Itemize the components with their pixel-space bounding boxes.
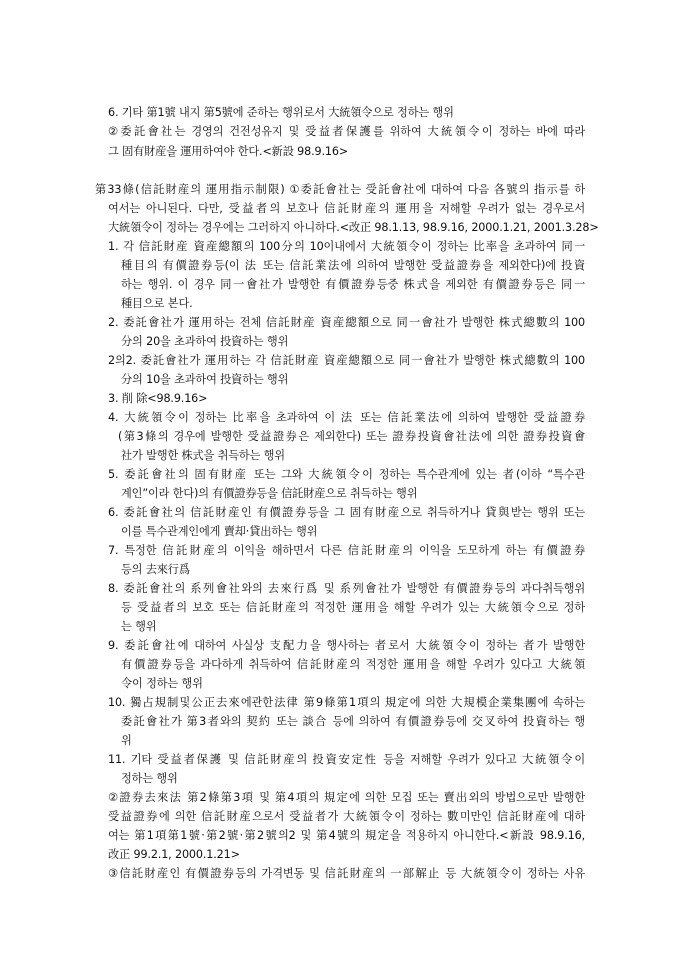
item-1-line-3: 하는 행위. 이 경우 同一會社가 발행한 有價證券등중 株式을 제외한 有價證… bbox=[121, 278, 585, 292]
para-3-line-1: ③信託財産인 有價證券등의 가격변동 및 信託財産의 一部解止 등 大統領令이 … bbox=[108, 867, 585, 881]
item-4-line-2: (第3條의 경우에 발행한 受益證券은 제외한다) 또는 證券投資會社法에 의한… bbox=[118, 430, 585, 444]
item-2-2-line-1: 2의2. 委託會社가 運用하는 각 信託財産 資産總額으로 同一會社가 발행한 … bbox=[108, 354, 585, 368]
item-2-line-1: 2. 委託會社가 運用하는 전체 信託財産 資産總額으로 同一會社가 발행한 株… bbox=[108, 316, 585, 330]
para-2-line-4: 改正 99.2.1, 2000.1.21> bbox=[108, 848, 240, 862]
item-2-2-line-2: 分의 10을 초과하여 投資하는 행위 bbox=[121, 373, 288, 387]
item-5-line-1: 5. 委託會社의 固有財産 또는 그와 大統領令이 정하는 특수관계에 있는 者… bbox=[108, 468, 585, 482]
item-1-line-4: 種目으로 본다. bbox=[121, 297, 193, 311]
item-8-line-3: 는 행위 bbox=[121, 620, 156, 634]
item-3-line-1: 3. 削 除<98.9.16> bbox=[108, 392, 207, 406]
para-2-line-1: ②證券去來法 第2條第3項 및 第4項의 規定에 의한 모집 또는 賣出외의 방… bbox=[108, 791, 585, 805]
item-10-line-1: 10. 獨占規制및公正去來에관한法律 第9條第1項의 規定에 의한 大規模企業集… bbox=[108, 696, 585, 710]
article-33-heading-line-1: 第33條(信託財産의 運用指示制限) ①委託會社는 受託會社에 대하여 다음 各… bbox=[95, 183, 585, 197]
document-page: 6. 기타 第1號 내지 第5號에 준하는 행위로서 大統領令으로 정하는 행위… bbox=[0, 0, 680, 962]
item-9-line-1: 9. 委託會社에 대하여 사실상 支配力을 행사하는 者로서 大統領令이 정하는… bbox=[108, 639, 585, 653]
item-6-line-2b: 이를 특수관계인에게 賣却·貸出하는 행위 bbox=[121, 525, 317, 539]
item-6-line-1b: 6. 委託會社의 信託財産인 有價證券등을 그 固有財産으로 취득하거나 貸與받… bbox=[108, 506, 585, 520]
item-11-line-1: 11. 기타 受益者保護 및 信託財産의 投資安定性 등을 저해할 우려가 있다… bbox=[108, 753, 585, 767]
article-33-heading-line-2: 여서는 아니된다. 다만, 受益者의 보호나 信託財産의 運用을 저해할 우려가… bbox=[108, 202, 585, 216]
item-1-line-1: 1. 각 信託財産 資産總額의 100分의 10이내에서 大統領令이 정하는 比… bbox=[108, 240, 585, 254]
item-10-line-3: 위 bbox=[121, 734, 132, 748]
item-9-line-2: 有價證券등을 과다하게 취득하여 信託財産의 적정한 運用을 해할 우려가 있다… bbox=[121, 658, 585, 672]
item-6-line-1: 6. 기타 第1號 내지 第5號에 준하는 행위로서 大統領令으로 정하는 행위 bbox=[108, 106, 454, 120]
para-2-line-2: 受益證券에 의한 信託財産으로서 受益者가 大統領令이 정하는 數미만인 信託財… bbox=[108, 810, 585, 824]
item-2-line-2: 分의 20을 초과하여 投資하는 행위 bbox=[121, 335, 288, 349]
para-2-line-3: 여는 第1項第1號·第2號·第2號의2 및 第4號의 規定을 적용하지 아니한다… bbox=[108, 829, 585, 843]
item-4-line-1: 4. 大統領令이 정하는 比率을 초과하여 이 法 또는 信託業法에 의하여 발… bbox=[108, 411, 585, 425]
preceding-para-2-line-2: 그 固有財産을 運用하여야 한다.<新設 98.9.16> bbox=[108, 145, 348, 159]
item-7-line-2: 등의 去來行爲 bbox=[121, 563, 190, 577]
item-1-line-2: 種目의 有價證券등(이 法 또는 信託業法에 의하여 발행한 受益證券을 제외한… bbox=[121, 259, 585, 273]
item-10-line-2: 委託會社가 第3者와의 契約 또는 談合 등에 의하여 有價證券등에 交叉하여 … bbox=[121, 715, 585, 729]
item-5-line-2: 계인”이라 한다)의 有價證券등을 信託財産으로 취득하는 행위 bbox=[121, 487, 417, 501]
preceding-para-2-line-1: ②委託會社는 경영의 건전성유지 및 受益者保護를 위하여 大統領令이 정하는 … bbox=[108, 125, 585, 139]
article-33-heading-line-3: 大統領令이 정하는 경우에는 그러하지 아니하다.<改正 98.1.13, 98… bbox=[108, 221, 585, 235]
item-8-line-2: 등 受益者의 보호 또는 信託財産의 적정한 運用을 해할 우려가 있는 大統領… bbox=[121, 601, 585, 615]
item-7-line-1: 7. 특정한 信託財産의 이익을 해하면서 다른 信託財産의 이익을 도모하게 … bbox=[108, 544, 585, 558]
item-11-line-2: 정하는 행위 bbox=[121, 772, 178, 786]
item-9-line-3: 令이 정하는 행위 bbox=[121, 677, 203, 691]
item-4-line-3: 社가 발행한 株式을 취득하는 행위 bbox=[121, 449, 285, 463]
item-8-line-1: 8. 委託會社의 系列會社와의 去來行爲 및 系列會社가 발행한 有價證券등의 … bbox=[108, 582, 585, 596]
